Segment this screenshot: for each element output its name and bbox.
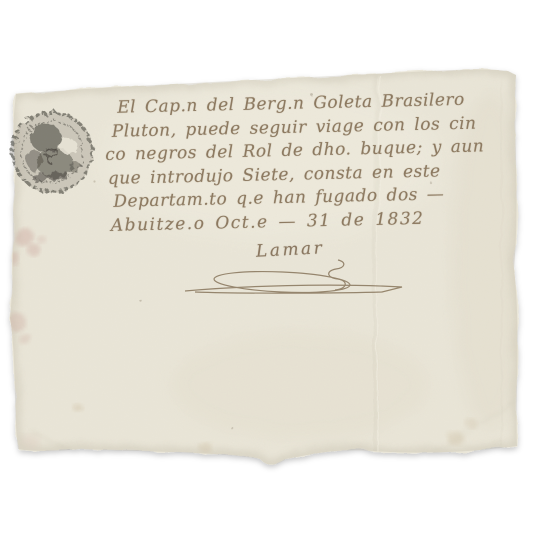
document-photo: El Cap.n del Berg.n Goleta Brasilero Plu… [0, 0, 533, 533]
signature: Lamar [256, 238, 325, 262]
paper-sheet [0, 0, 533, 533]
circular-ink-stamp-seal-icon [11, 111, 93, 193]
manuscript-text: El Cap.n del Berg.n Goleta Brasilero Plu… [104, 88, 486, 238]
